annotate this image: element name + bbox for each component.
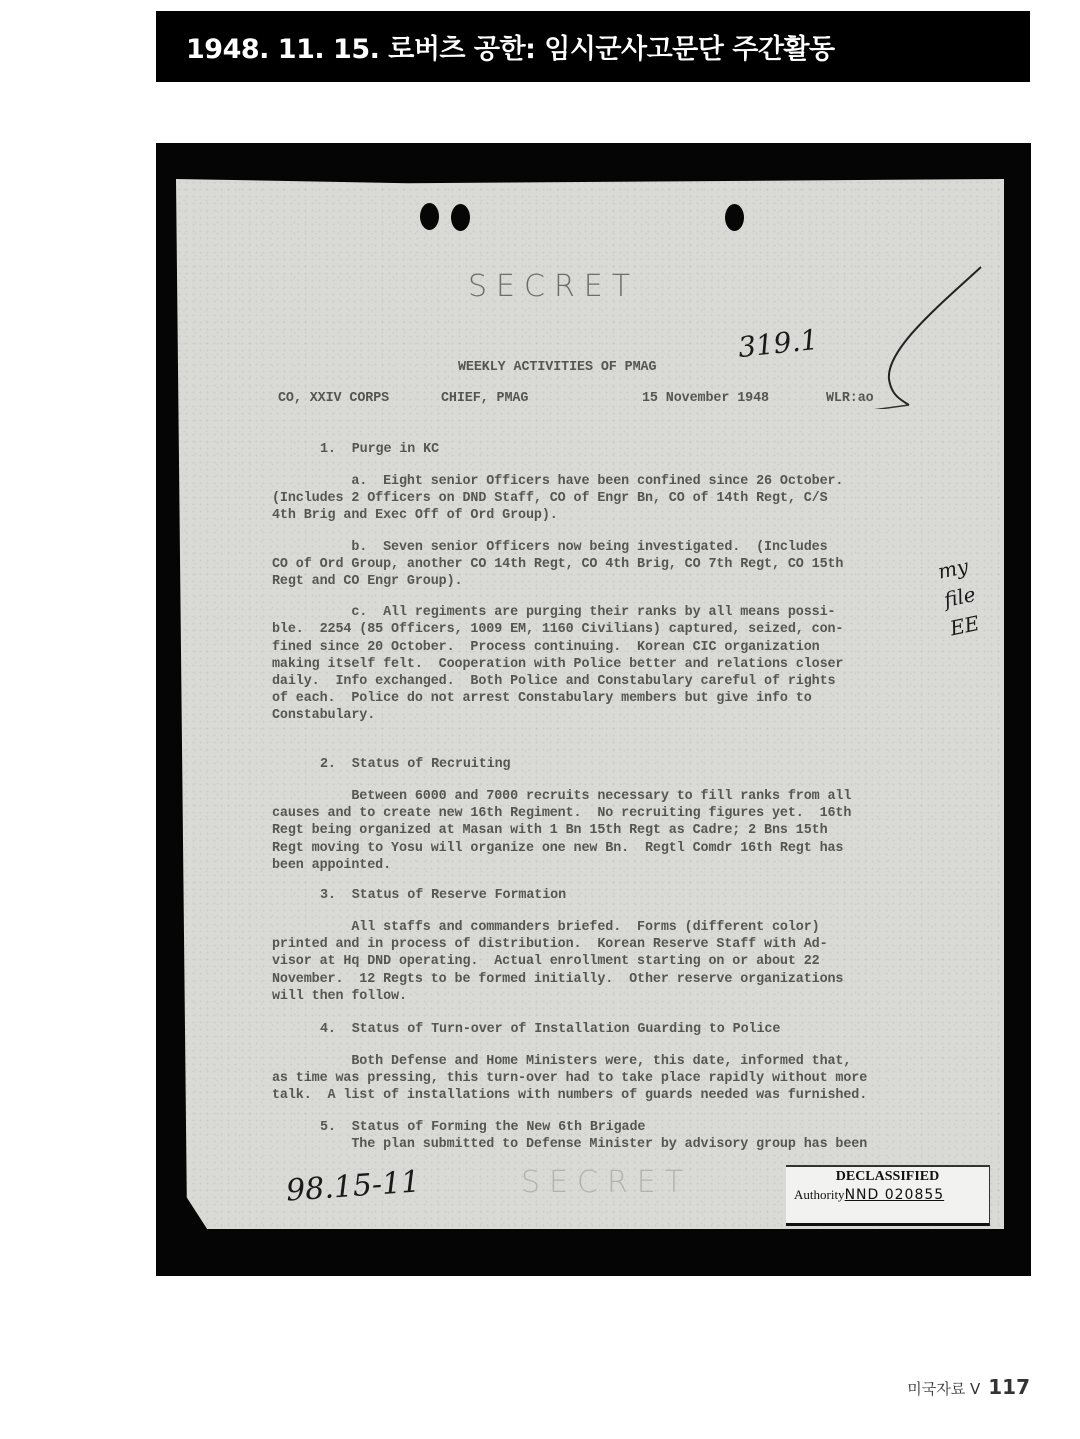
memo-from: CHIEF, PMAG bbox=[441, 390, 528, 407]
memo-line: (Includes 2 Officers on DND Staff, CO of… bbox=[272, 490, 828, 507]
page-footer: 미국자료 V117 bbox=[907, 1375, 1030, 1399]
memo-line: visor at Hq DND operating. Actual enroll… bbox=[272, 953, 820, 970]
memo-line: Regt and CO Engr Group). bbox=[272, 573, 462, 590]
memo-line: The plan submitted to Defense Minister b… bbox=[272, 1136, 867, 1153]
memo-initials: WLR:ao bbox=[826, 390, 874, 407]
section-heading: 5. Status of Forming the New 6th Brigade bbox=[320, 1119, 645, 1136]
memo-line: talk. A list of installations with numbe… bbox=[272, 1087, 867, 1104]
memo-line: c. All regiments are purging their ranks… bbox=[272, 604, 835, 621]
memo-line: Constabulary. bbox=[272, 707, 375, 724]
handwritten-routing-arrow-icon bbox=[841, 259, 1001, 409]
memo-date: 15 November 1948 bbox=[642, 390, 769, 407]
section-heading: 2. Status of Recruiting bbox=[320, 756, 510, 773]
page-number: 117 bbox=[988, 1375, 1030, 1399]
memo-line: will then follow. bbox=[272, 988, 407, 1005]
memo-to: CO, XXIV CORPS bbox=[278, 390, 389, 407]
memo-line: 4th Brig and Exec Off of Ord Group). bbox=[272, 507, 558, 524]
memo-subject: WEEKLY ACTIVITIES OF PMAG bbox=[458, 359, 656, 376]
handwritten-margin-note: my file EE bbox=[935, 552, 984, 644]
declassified-authority: AuthorityNND 020855 bbox=[794, 1187, 944, 1203]
title-bar: 1948. 11. 15. 로버츠 공한: 임시군사고문단 주간활동 bbox=[156, 11, 1030, 82]
memo-line: a. Eight senior Officers have been confi… bbox=[272, 473, 843, 490]
section-heading: 3. Status of Reserve Formation bbox=[320, 887, 566, 904]
memo-line: causes and to create new 16th Regiment. … bbox=[272, 805, 851, 822]
memo-line: Regt being organized at Masan with 1 Bn … bbox=[272, 822, 828, 839]
memo-line: of each. Police do not arrest Constabula… bbox=[272, 690, 812, 707]
punch-hole-icon bbox=[725, 204, 744, 231]
declassified-title: DECLASSIFIED bbox=[786, 1169, 989, 1185]
memo-line: All staffs and commanders briefed. Forms… bbox=[272, 919, 820, 936]
memo-line: Regt moving to Yosu will organize one ne… bbox=[272, 840, 843, 857]
memo-line: CO of Ord Group, another CO 14th Regt, C… bbox=[272, 556, 843, 573]
memo-line: b. Seven senior Officers now being inves… bbox=[272, 539, 828, 556]
memo-line: daily. Info exchanged. Both Police and C… bbox=[272, 673, 835, 690]
page-title: 1948. 11. 15. 로버츠 공한: 임시군사고문단 주간활동 bbox=[186, 27, 835, 66]
memo-line: as time was pressing, this turn-over had… bbox=[272, 1070, 867, 1087]
memo-line: been appointed. bbox=[272, 857, 391, 874]
memo-line: ble. 2254 (85 Officers, 1009 EM, 1160 Ci… bbox=[272, 621, 843, 638]
punch-hole-icon bbox=[451, 204, 470, 231]
memo-line: printed and in process of distribution. … bbox=[272, 936, 828, 953]
memo-line: Both Defense and Home Ministers were, th… bbox=[272, 1053, 851, 1070]
memo-line: making itself felt. Cooperation with Pol… bbox=[272, 656, 843, 673]
classification-stamp-top: SECRET bbox=[468, 269, 639, 304]
authority-label: Authority bbox=[794, 1187, 845, 1202]
authority-value: NND 020855 bbox=[845, 1187, 945, 1203]
punch-hole-icon bbox=[420, 203, 439, 230]
handwritten-file-number: 319.1 bbox=[736, 323, 819, 364]
document-paper: SECRET 319.1 WEEKLY ACTIVITIES OF PMAG C… bbox=[176, 179, 1004, 1229]
memo-line: Between 6000 and 7000 recruits necessary… bbox=[272, 788, 851, 805]
classification-stamp-bottom: SECRET bbox=[521, 1165, 692, 1200]
declassified-stamp: DECLASSIFIED AuthorityNND 020855 bbox=[786, 1165, 990, 1226]
document-photo: SECRET 319.1 WEEKLY ACTIVITIES OF PMAG C… bbox=[156, 143, 1031, 1276]
section-heading: 1. Purge in KC bbox=[320, 441, 439, 458]
handwritten-bottom-number: 98.15-11 bbox=[285, 1164, 421, 1208]
memo-line: fined since 20 October. Process continui… bbox=[272, 639, 820, 656]
section-heading: 4. Status of Turn-over of Installation G… bbox=[320, 1021, 780, 1038]
memo-line: November. 12 Regts to be formed initiall… bbox=[272, 971, 843, 988]
margin-note-line: EE bbox=[947, 608, 984, 643]
series-label: 미국자료 V bbox=[907, 1380, 980, 1398]
